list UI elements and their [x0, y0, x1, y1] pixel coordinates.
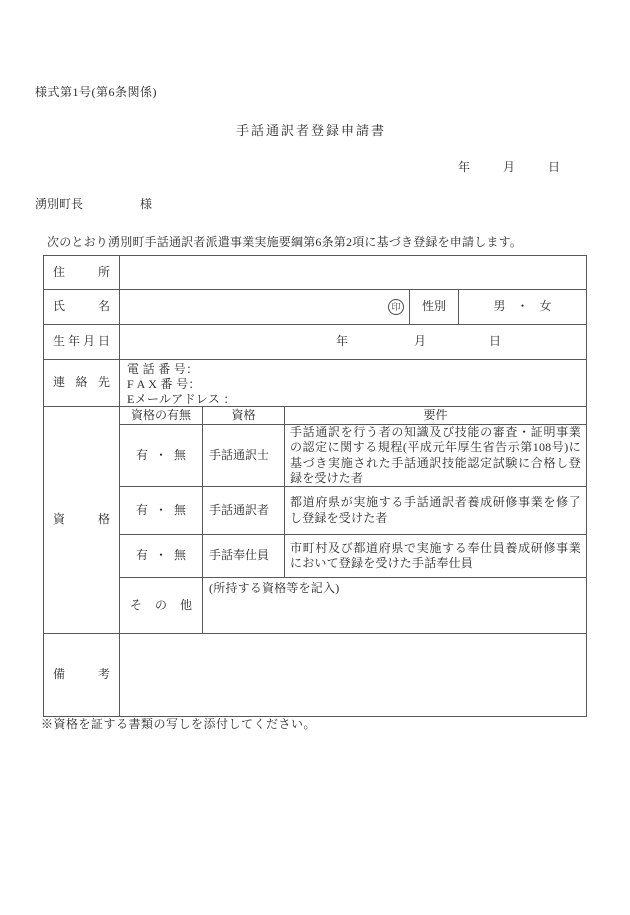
- qual-name-header-cell: 資格: [202, 407, 284, 424]
- qual-name: 手話奉仕員: [209, 548, 269, 564]
- name-label-cell: 氏名: [44, 290, 119, 324]
- name-input-area: 印: [119, 290, 409, 324]
- birth-day-label: 日: [489, 334, 501, 350]
- page-title: 手話通訳者登録申請書: [0, 123, 622, 140]
- form-number: 様式第1号(第6条関係): [35, 85, 157, 101]
- requirement-cell: 手話通訳を行う者の知識及び技能の審査・証明事業の認定に関する規程(平成元年厚生省…: [284, 425, 586, 486]
- contact-phone-label: 電 話 番 号：: [127, 362, 579, 377]
- gender-options: 男 ・ 女: [493, 299, 551, 315]
- addressee-honorific: 様: [140, 197, 152, 213]
- birth-year-label: 年: [336, 334, 348, 350]
- gender-options-cell: 男 ・ 女: [458, 290, 586, 324]
- date-line: 年 月 日: [0, 160, 630, 176]
- requirement-header: 要件: [423, 408, 447, 424]
- address-row: 住所: [44, 256, 586, 289]
- requirement-cell: 都道府県が実施する手話通訳者養成研修事業を修了し登録を受けた者: [284, 487, 586, 534]
- name-row: 氏名 印 性別 男 ・ 女: [44, 289, 586, 324]
- other-note-cell: (所持する資格等を記入): [202, 578, 586, 633]
- possession-options-cell: 有 ・ 無: [120, 425, 202, 486]
- other-label-cell: その他: [120, 578, 202, 633]
- contact-row: 連絡先 電 話 番 号： F A X 番 号： Eメールアドレス ：: [44, 359, 586, 406]
- gender-label: 性別: [422, 299, 446, 315]
- seal-character: 印: [391, 303, 400, 312]
- other-label: その他: [120, 598, 202, 614]
- qualification-row-other: その他 (所持する資格等を記入): [120, 577, 586, 633]
- possession-options-cell: 有 ・ 無: [120, 535, 202, 577]
- qual-name-header: 資格: [231, 408, 255, 424]
- qualification-section: 資格 資格の有無 資格 要件 有 ・ 無: [44, 406, 586, 633]
- remarks-row: 備考: [44, 633, 586, 716]
- qualification-label-cell: 資格: [44, 407, 119, 633]
- requirement-text: 市町村及び都道府県で実施する奉仕員養成研修事業において登録を受けた手話奉仕員: [290, 541, 581, 572]
- contact-email-label: Eメールアドレス ：: [127, 392, 579, 407]
- possession-header: 資格の有無: [131, 408, 191, 424]
- contact-label-cell: 連絡先: [44, 360, 119, 406]
- birthdate-label-cell: 生年月日: [44, 325, 119, 359]
- date-day-label: 日: [548, 160, 560, 176]
- requirement-text: 手話通訳を行う者の知識及び技能の審査・証明事業の認定に関する規程(平成元年厚生省…: [290, 425, 581, 487]
- contact-input-area: 電 話 番 号： F A X 番 号： Eメールアドレス ：: [119, 360, 586, 406]
- remarks-input-area: [119, 634, 586, 716]
- requirement-cell: 市町村及び都道府県で実施する奉仕員養成研修事業において登録を受けた手話奉仕員: [284, 535, 586, 577]
- contact-label: 連絡先: [44, 375, 119, 391]
- birthdate-input-area: 年 月 日: [119, 325, 586, 359]
- qual-name-cell: 手話通訳士: [202, 425, 284, 486]
- seal-mark-icon: 印: [388, 299, 404, 315]
- addressee-name: 湧別町長: [35, 197, 83, 211]
- qual-name: 手話通訳者: [209, 503, 269, 519]
- qualification-subtable: 資格の有無 資格 要件 有 ・ 無 手話通訳士: [119, 407, 586, 633]
- possession-header-cell: 資格の有無: [120, 407, 202, 424]
- addressee-line: 湧別町長 様: [35, 197, 83, 213]
- possession-options: 有 ・ 無: [136, 503, 186, 519]
- possession-options: 有 ・ 無: [136, 448, 186, 464]
- qualification-row-interpreter-sha: 有 ・ 無 手話通訳者 都道府県が実施する手話通訳者養成研修事業を修了し登録を受…: [120, 486, 586, 534]
- requirement-header-cell: 要件: [284, 407, 586, 424]
- name-label: 氏名: [44, 299, 119, 315]
- possession-options: 有 ・ 無: [136, 548, 186, 564]
- qualification-header-row: 資格の有無 資格 要件: [120, 407, 586, 424]
- attachment-footnote: ※資格を証する書類の写しを添付してください。: [41, 717, 316, 733]
- gender-label-cell: 性別: [409, 290, 458, 324]
- qualification-row-interpreter-shi: 有 ・ 無 手話通訳士 手話通訳を行う者の知識及び技能の審査・証明事業の認定に関…: [120, 424, 586, 486]
- date-month-label: 月: [503, 160, 515, 176]
- address-input-area: [119, 256, 586, 289]
- qual-name-cell: 手話通訳者: [202, 487, 284, 534]
- requirement-text: 都道府県が実施する手話通訳者養成研修事業を修了し登録を受けた者: [290, 495, 581, 526]
- other-note: (所持する資格等を記入): [209, 581, 339, 595]
- address-label: 住所: [44, 265, 119, 281]
- remarks-label-cell: 備考: [44, 634, 119, 716]
- qualification-row-volunteer: 有 ・ 無 手話奉仕員 市町村及び都道府県で実施する奉仕員養成研修事業において登…: [120, 534, 586, 577]
- address-label-cell: 住所: [44, 256, 119, 289]
- application-form-page: 様式第1号(第6条関係) 手話通訳者登録申請書 年 月 日 湧別町長 様 次のと…: [0, 0, 630, 915]
- birthdate-row: 生年月日 年 月 日: [44, 324, 586, 359]
- possession-options-cell: 有 ・ 無: [120, 487, 202, 534]
- qual-name-cell: 手話奉仕員: [202, 535, 284, 577]
- date-year-label: 年: [458, 160, 470, 176]
- birth-month-label: 月: [414, 334, 426, 350]
- qualification-label: 資格: [44, 512, 119, 528]
- intro-statement: 次のとおり湧別町手話通訳者派遣事業実施要綱第6条第2項に基づき登録を申請します。: [47, 235, 522, 251]
- qual-name: 手話通訳士: [209, 448, 269, 464]
- application-form-table: 住所 氏名 印 性別 男 ・ 女 生年月日: [43, 255, 587, 717]
- contact-fax-label: F A X 番 号：: [127, 377, 579, 392]
- remarks-label: 備考: [44, 667, 119, 683]
- birthdate-label: 生年月日: [44, 334, 119, 350]
